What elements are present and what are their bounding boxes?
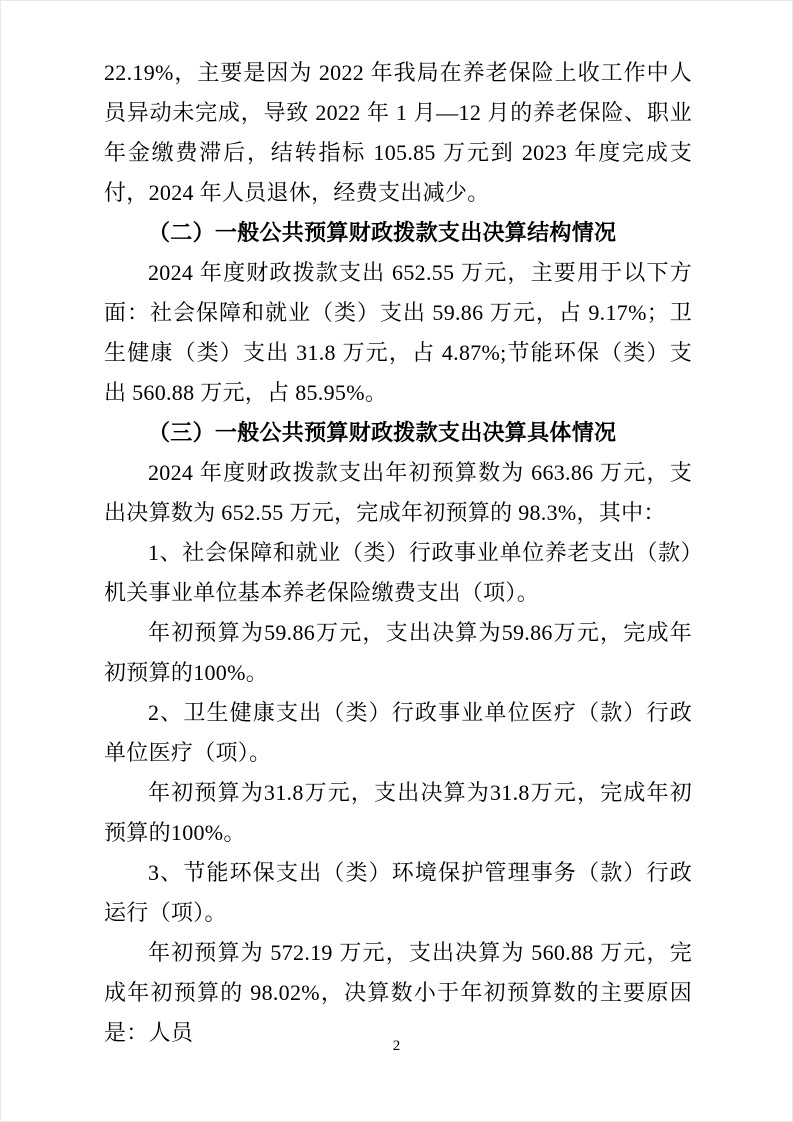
- list-item-1: 1、社会保障和就业（类）行政事业单位养老支出（款）机关事业单位基本养老保险缴费支…: [104, 533, 692, 613]
- section-heading-iii: （三）一般公共预算财政拨款支出决算具体情况: [104, 413, 692, 453]
- document-body: 22.19%，主要是因为 2022 年我局在养老保险上收工作中人员异动未完成，导…: [104, 53, 692, 1053]
- document-page: 22.19%，主要是因为 2022 年我局在养老保险上收工作中人员异动未完成，导…: [0, 0, 793, 1122]
- list-item-2: 2、卫生健康支出（类）行政事业单位医疗（款）行政单位医疗（项）。: [104, 693, 692, 773]
- paragraph-budget-detail-intro: 2024 年度财政拨款支出年初预算数为 663.86 万元，支出决算数为 652…: [104, 453, 692, 533]
- list-item-3: 3、节能环保支出（类）环境保护管理事务（款）行政运行（项）。: [104, 853, 692, 933]
- section-heading-ii: （二）一般公共预算财政拨款支出决算结构情况: [104, 213, 692, 253]
- paragraph-continuation: 22.19%，主要是因为 2022 年我局在养老保险上收工作中人员异动未完成，导…: [104, 53, 692, 213]
- paragraph-budget-structure: 2024 年度财政拨款支出 652.55 万元，主要用于以下方面：社会保障和就业…: [104, 253, 692, 413]
- paragraph-item-1-figures: 年初预算为59.86万元，支出决算为59.86万元，完成年初预算的100%。: [104, 613, 692, 693]
- page-number: 2: [1, 1035, 792, 1057]
- paragraph-item-2-figures: 年初预算为31.8万元，支出决算为31.8万元，完成年初预算的100%。: [104, 773, 692, 853]
